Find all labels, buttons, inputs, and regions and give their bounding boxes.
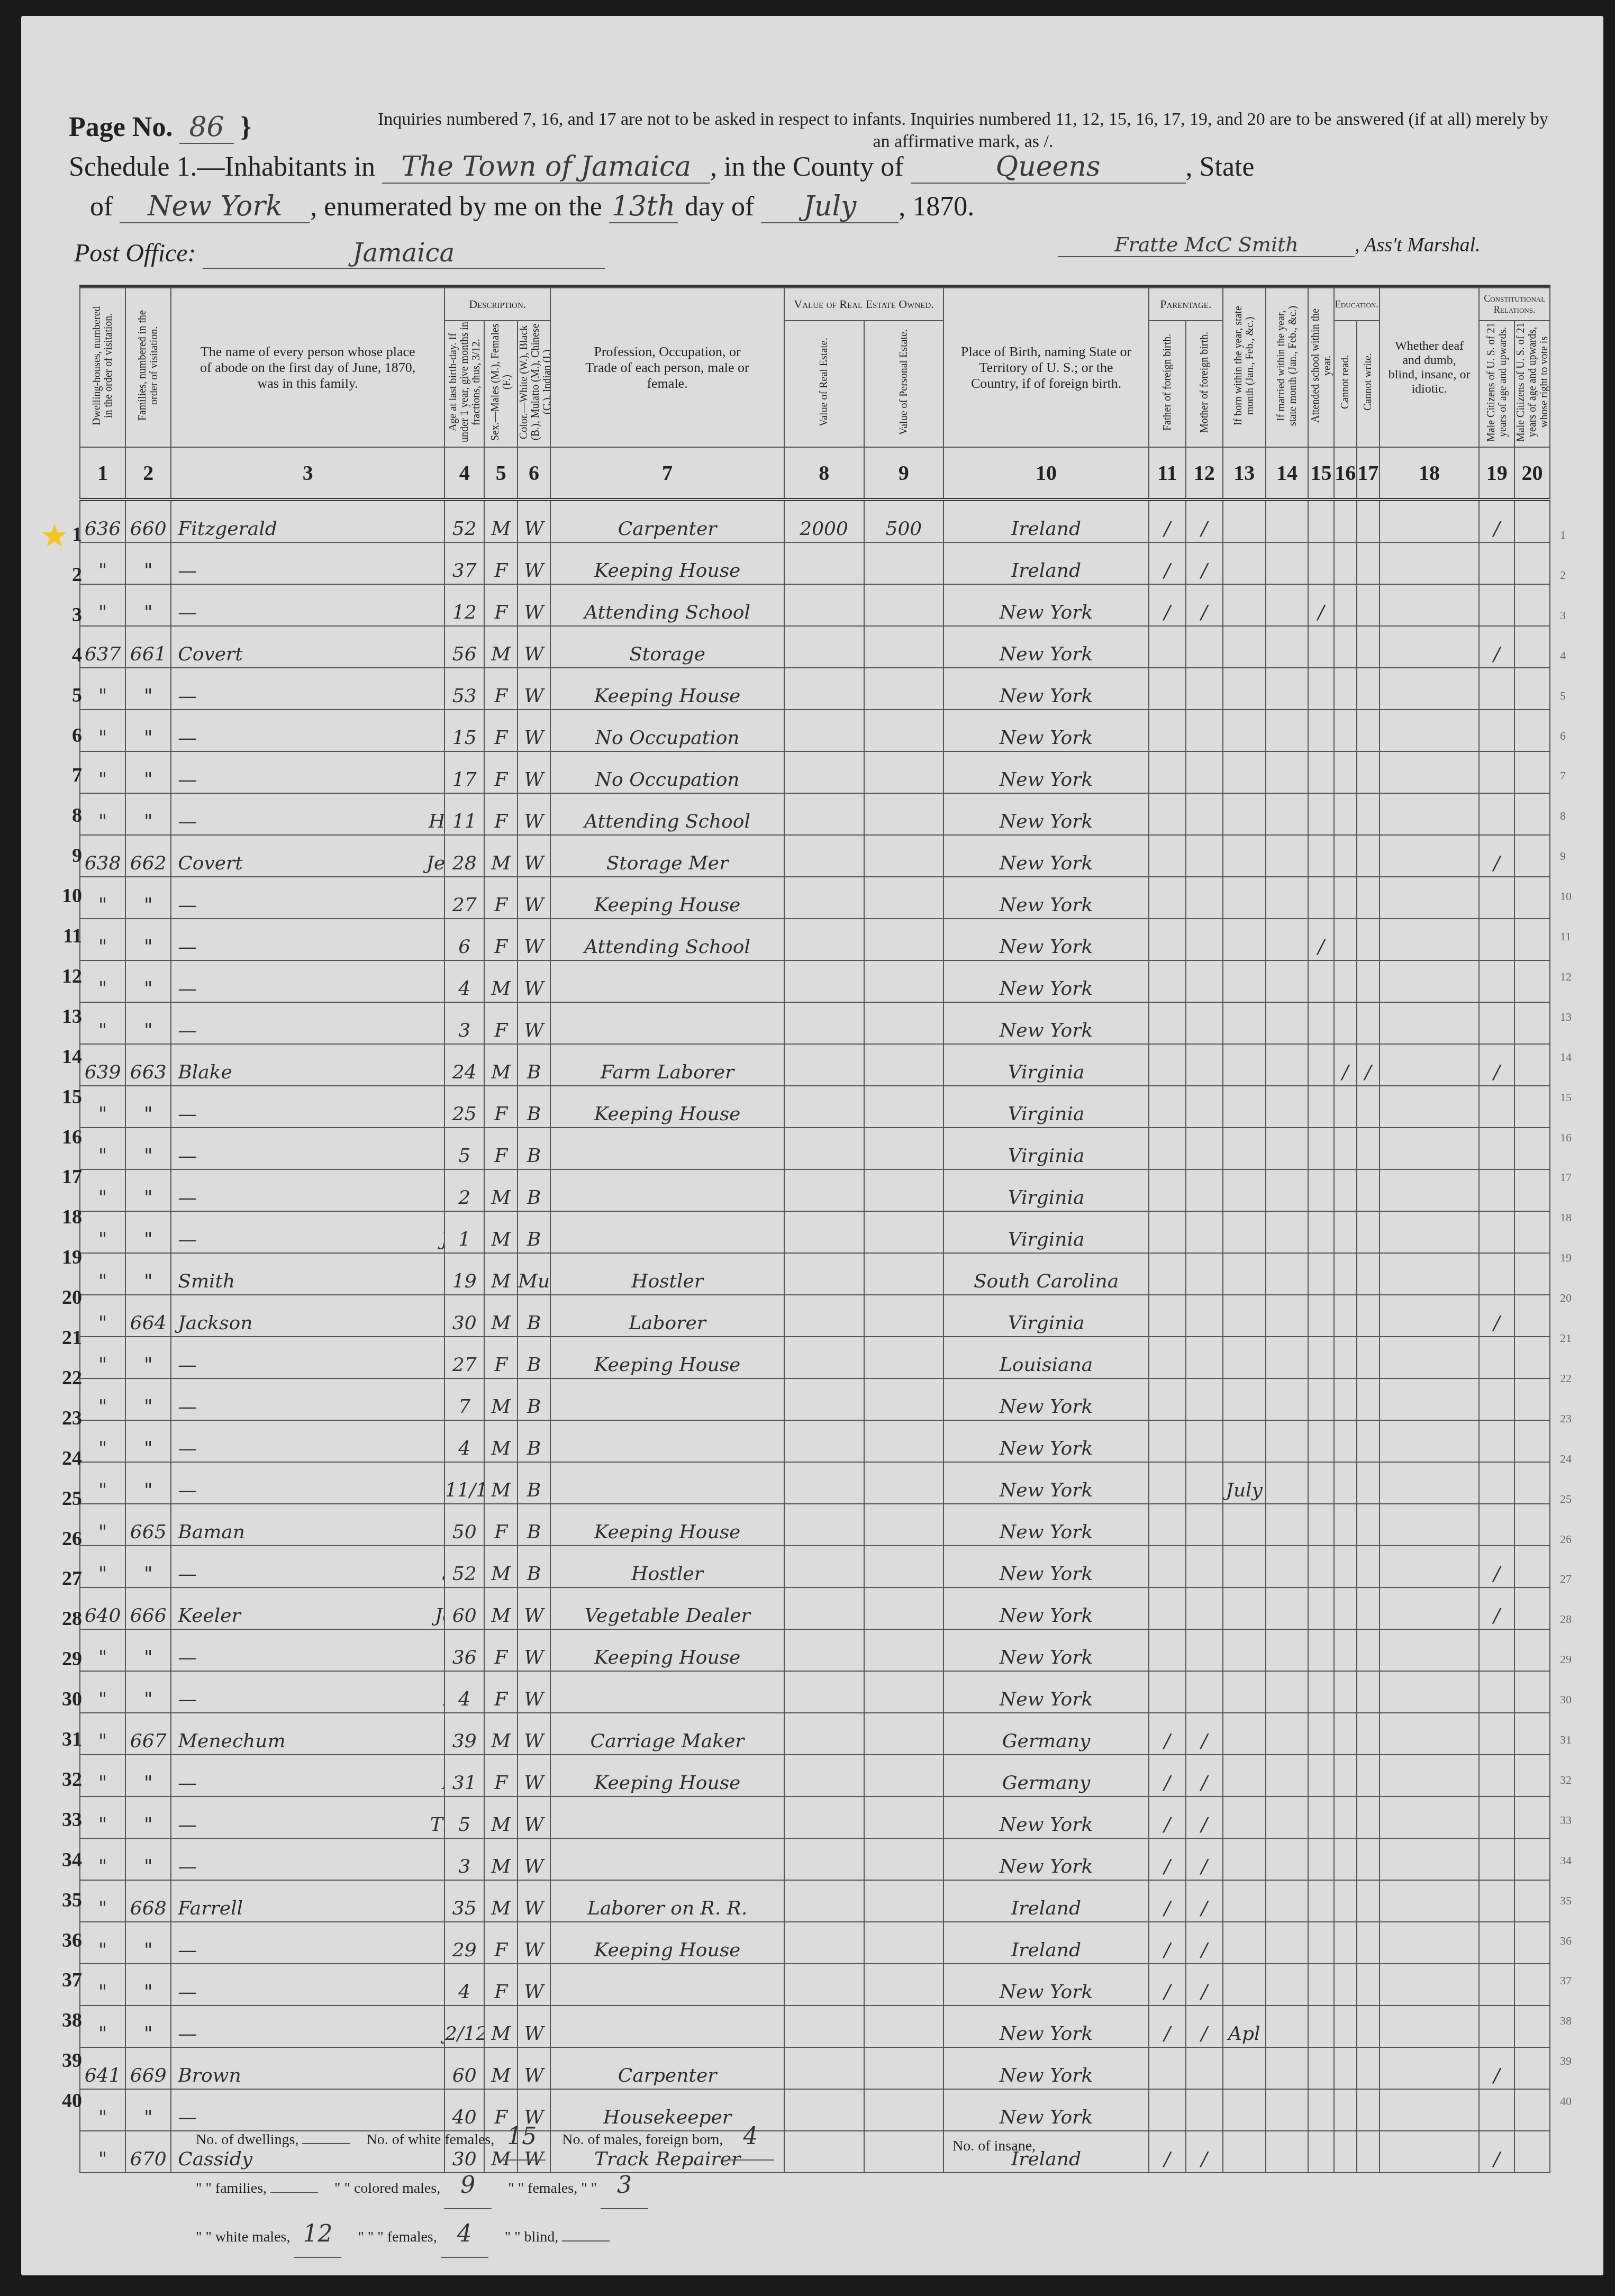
age: 28 (444, 835, 484, 877)
dwelling-number: " (80, 1546, 125, 1587)
born-month (1223, 1546, 1266, 1587)
cannot-write (1357, 1128, 1380, 1169)
header-real-estate-group: Value of Real Estate Owned. (784, 288, 943, 321)
deaf-blind (1380, 835, 1479, 877)
sex: M (484, 2047, 517, 2089)
family-number: " (125, 1629, 171, 1671)
row-number-left: 38 (50, 2009, 82, 2032)
real-estate-value (784, 960, 864, 1002)
mother-foreign (1186, 1629, 1223, 1671)
sex: M (484, 1295, 517, 1337)
person-name: —Bridget (171, 584, 444, 626)
occupation: Keeping House (550, 542, 784, 584)
personal-estate-value (864, 2131, 944, 2173)
person-name: BlakeSamuel (171, 1044, 444, 1086)
cannot-write (1357, 793, 1380, 835)
deaf-blind (1380, 2131, 1479, 2173)
surname: — (178, 1939, 310, 1961)
citizen (1479, 710, 1514, 751)
given-name: James (310, 1312, 444, 1334)
row-number-right: 35 (1560, 1894, 1572, 1908)
deaf-blind (1380, 1796, 1479, 1838)
deaf-blind (1380, 1671, 1479, 1713)
married-month (1266, 960, 1309, 1002)
cannot-write (1357, 2047, 1380, 2089)
occupation: Farm Laborer (550, 1044, 784, 1086)
real-estate-value (784, 1880, 864, 1922)
sex: M (484, 1211, 517, 1253)
dwelling-number: " (80, 1378, 125, 1420)
born-month (1223, 1295, 1266, 1337)
row-number-left: 22 (50, 1366, 82, 1390)
county-label: , in the County of (710, 152, 903, 182)
mother-foreign (1186, 626, 1223, 668)
deaf-blind (1380, 1504, 1479, 1546)
citizen (1479, 1504, 1514, 1546)
table-row: "665BamanLevina50FBKeeping HouseNew York (80, 1504, 1550, 1546)
state-label: , State (1186, 152, 1255, 182)
personal-estate-value (864, 1044, 944, 1086)
cannot-read (1334, 1880, 1357, 1922)
surname: — (178, 1647, 310, 1668)
cannot-read (1334, 626, 1357, 668)
married-month (1266, 1671, 1309, 1713)
cannot-write (1357, 542, 1380, 584)
vote-denied (1514, 1378, 1550, 1420)
real-estate-value (784, 1838, 864, 1880)
color: B (518, 1337, 550, 1378)
birthplace: New York (943, 2005, 1149, 2047)
personal-estate-value (864, 1755, 944, 1796)
real-estate-value (784, 751, 864, 793)
row-number-left: 30 (50, 1687, 82, 1711)
family-number: " (125, 1755, 171, 1796)
row-number-left: 28 (50, 1607, 82, 1630)
given-name: John (310, 1438, 444, 1459)
real-estate-value (784, 1671, 864, 1713)
person-name: MenechumWilliam (171, 1713, 444, 1755)
personal-estate-value (864, 1169, 944, 1211)
person-name: —Henrietta (171, 793, 444, 835)
table-row: ""—William7MBNew York (80, 1378, 1550, 1420)
cannot-write (1357, 1295, 1380, 1337)
color: Mu (518, 1253, 550, 1295)
dwelling-number: " (80, 1462, 125, 1504)
row-number-right: 18 (1560, 1211, 1572, 1224)
real-estate-value (784, 1713, 864, 1755)
father-foreign: / (1149, 1880, 1186, 1922)
birthplace: New York (943, 1546, 1149, 1587)
age: 4 (444, 1420, 484, 1462)
sex: F (484, 1086, 517, 1128)
deaf-blind (1380, 584, 1479, 626)
row-number-left: 34 (50, 1848, 82, 1872)
surname: Keeler (178, 1605, 310, 1627)
family-number: " (125, 1922, 171, 1964)
deaf-blind (1380, 751, 1479, 793)
age: 39 (444, 1713, 484, 1755)
born-month (1223, 584, 1266, 626)
row-number-right: 37 (1560, 1974, 1572, 1988)
row-number-left: 14 (50, 1045, 82, 1068)
surname: Blake (178, 1061, 310, 1083)
person-name: —Ellen (171, 1922, 444, 1964)
surname: — (178, 1145, 310, 1167)
header-occupation: Profession, Occupation, or Trade of each… (550, 288, 784, 447)
family-number: " (125, 751, 171, 793)
real-estate-value (784, 1796, 864, 1838)
born-month (1223, 1420, 1266, 1462)
person-name: —Ida (171, 1086, 444, 1128)
citizen (1479, 877, 1514, 919)
deaf-blind (1380, 1002, 1479, 1044)
dwelling-number: " (80, 1755, 125, 1796)
color: B (518, 1546, 550, 1587)
column-number: 7 (550, 447, 784, 500)
mother-foreign (1186, 1128, 1223, 1169)
dwelling-number: " (80, 960, 125, 1002)
citizen (1479, 1211, 1514, 1253)
color: W (518, 877, 550, 919)
attended-school (1308, 751, 1333, 793)
attended-school (1308, 1462, 1333, 1504)
vote-denied (1514, 1880, 1550, 1922)
cannot-read (1334, 793, 1357, 835)
color: B (518, 1504, 550, 1546)
deaf-blind (1380, 626, 1479, 668)
column-number: 14 (1266, 447, 1309, 500)
born-month (1223, 2047, 1266, 2089)
dwelling-number: " (80, 1713, 125, 1755)
father-foreign: / (1149, 1964, 1186, 2005)
sex: F (484, 751, 517, 793)
dwelling-number: " (80, 1629, 125, 1671)
personal-estate-value (864, 793, 944, 835)
cannot-write (1357, 1337, 1380, 1378)
married-month (1266, 1713, 1309, 1755)
attended-school (1308, 1253, 1333, 1295)
cannot-read (1334, 1462, 1357, 1504)
born-month (1223, 1504, 1266, 1546)
person-name: —Ida (171, 1128, 444, 1169)
birthplace: New York (943, 1504, 1149, 1546)
occupation: Storage Mer (550, 835, 784, 877)
father-foreign (1149, 1169, 1186, 1211)
real-estate-value (784, 1462, 864, 1504)
colored-males-count: 9 (444, 2163, 492, 2209)
given-name: James E (310, 2023, 444, 2045)
age: 17 (444, 751, 484, 793)
dwelling-number: " (80, 1002, 125, 1044)
vote-denied (1514, 835, 1550, 877)
married-month (1266, 1253, 1309, 1295)
attended-school (1308, 626, 1333, 668)
real-estate-value (784, 542, 864, 584)
deaf-blind (1380, 1462, 1479, 1504)
married-month (1266, 1337, 1309, 1378)
post-office-label: Post Office: (74, 239, 196, 267)
mother-foreign: / (1186, 1838, 1223, 1880)
born-month (1223, 500, 1266, 542)
table-row: ""—Theresa27FWKeeping HouseNew York (80, 877, 1550, 919)
father-foreign (1149, 2089, 1186, 2131)
row-number-left: 12 (50, 965, 82, 988)
attended-school (1308, 1420, 1333, 1462)
born-month (1223, 1044, 1266, 1086)
header-father-foreign: Father of foreign birth. (1149, 321, 1186, 447)
cannot-read (1334, 2005, 1357, 2047)
deaf-blind (1380, 877, 1479, 919)
sex: M (484, 960, 517, 1002)
cannot-write (1357, 710, 1380, 751)
real-estate-value (784, 1922, 864, 1964)
mother-foreign (1186, 1253, 1223, 1295)
person-name: FitzgeraldWilliam (171, 500, 444, 542)
cannot-read (1334, 1378, 1357, 1420)
birthplace: New York (943, 877, 1149, 919)
personal-estate-value (864, 835, 944, 877)
birthplace: New York (943, 584, 1149, 626)
age: 12 (444, 584, 484, 626)
cannot-read (1334, 960, 1357, 1002)
marshal-label: , Ass't Marshal. (1355, 234, 1481, 256)
personal-estate-value (864, 1002, 944, 1044)
row-number-right: 1 (1560, 528, 1566, 542)
color: B (518, 1295, 550, 1337)
age: 11/12 (444, 1462, 484, 1504)
deaf-blind (1380, 542, 1479, 584)
age: 36 (444, 1629, 484, 1671)
row-number-right: 15 (1560, 1091, 1572, 1104)
age: 7 (444, 1378, 484, 1420)
table-row: ""—Joseph17FWNo OccupationNew York (80, 751, 1550, 793)
cannot-write (1357, 1211, 1380, 1253)
row-number-left: 6 (50, 724, 82, 747)
cannot-write (1357, 835, 1380, 877)
table-row: ""—Ida25FBKeeping HouseVirginia (80, 1086, 1550, 1128)
occupation (550, 960, 784, 1002)
color: W (518, 500, 550, 542)
cannot-read: / (1334, 1044, 1357, 1086)
cannot-write (1357, 2131, 1380, 2173)
vote-denied (1514, 1755, 1550, 1796)
dwelling-number: " (80, 1211, 125, 1253)
header-personal-estate: Value of Personal Estate. (864, 321, 944, 447)
born-month (1223, 1713, 1266, 1755)
citizen (1479, 1086, 1514, 1128)
vote-denied (1514, 2005, 1550, 2047)
sex: M (484, 1169, 517, 1211)
vote-denied (1514, 626, 1550, 668)
occupation: Laborer on R. R. (550, 1880, 784, 1922)
born-month: July (1223, 1462, 1266, 1504)
family-number: " (125, 1169, 171, 1211)
cannot-read (1334, 1629, 1357, 1671)
mother-foreign: / (1186, 1713, 1223, 1755)
age: 60 (444, 2047, 484, 2089)
header-color: Color.—White (W.), Black (B.), Mulatto (… (518, 321, 550, 447)
age: 56 (444, 626, 484, 668)
father-foreign (1149, 1044, 1186, 1086)
father-foreign (1149, 626, 1186, 668)
person-name: —Ella (171, 1964, 444, 2005)
citizen (1479, 1378, 1514, 1420)
mother-foreign (1186, 1337, 1223, 1378)
person-name: —William (171, 1838, 444, 1880)
header-family: Families, numbered in the order of visit… (125, 288, 171, 447)
color: W (518, 1838, 550, 1880)
age: 3 (444, 1838, 484, 1880)
cannot-write (1357, 1546, 1380, 1587)
census-table: Dwelling-houses, numbered in the order o… (79, 285, 1550, 2173)
color: W (518, 1880, 550, 1922)
surname: — (178, 1438, 310, 1459)
personal-estate-value (864, 1671, 944, 1713)
row-number-right: 22 (1560, 1372, 1572, 1385)
schedule-label: Schedule 1.—Inhabitants in (69, 152, 375, 182)
married-month (1266, 1964, 1309, 2005)
cannot-write (1357, 2089, 1380, 2131)
married-month (1266, 1922, 1309, 1964)
row-number-left: 26 (50, 1527, 82, 1550)
family-number: " (125, 1002, 171, 1044)
father-foreign (1149, 710, 1186, 751)
real-estate-value (784, 1128, 864, 1169)
header-real-estate: Value of Real Estate. (784, 321, 864, 447)
citizen (1479, 1713, 1514, 1755)
born-month (1223, 960, 1266, 1002)
age: 50 (444, 1504, 484, 1546)
dwelling-number: " (80, 1420, 125, 1462)
personal-estate-value (864, 1838, 944, 1880)
age: 4 (444, 960, 484, 1002)
row-number-right: 39 (1560, 2054, 1572, 2068)
occupation: No Occupation (550, 751, 784, 793)
given-name: Joseph (310, 769, 444, 791)
born-month (1223, 1378, 1266, 1420)
column-number: 16 (1334, 447, 1357, 500)
table-row: ""—James H1MBVirginia (80, 1211, 1550, 1253)
vote-denied (1514, 1629, 1550, 1671)
deaf-blind (1380, 1922, 1479, 1964)
dwelling-number: 641 (80, 2047, 125, 2089)
cannot-read (1334, 1169, 1357, 1211)
real-estate-value (784, 919, 864, 960)
deaf-blind (1380, 1295, 1479, 1337)
given-name: Stephen (310, 1563, 444, 1585)
sex: F (484, 1922, 517, 1964)
married-month (1266, 500, 1309, 542)
column-numbers-row: 1234567891011121314151617181920 (80, 447, 1550, 500)
surname: — (178, 727, 310, 749)
age: 19 (444, 1253, 484, 1295)
mother-foreign (1186, 1546, 1223, 1587)
row-number-right: 11 (1560, 930, 1571, 943)
marshal-line: Fratte McC Smith, Ass't Marshal. (1058, 233, 1481, 257)
mother-foreign (1186, 710, 1223, 751)
deaf-blind (1380, 1629, 1479, 1671)
surname: — (178, 1103, 310, 1125)
family-number: 668 (125, 1880, 171, 1922)
family-number: " (125, 1838, 171, 1880)
given-name: Levina (310, 1521, 444, 1543)
attended-school (1308, 1086, 1333, 1128)
attended-school (1308, 1880, 1333, 1922)
real-estate-value (784, 1253, 864, 1295)
born-month (1223, 710, 1266, 751)
married-month (1266, 1546, 1309, 1587)
given-name: Theresa (310, 894, 444, 916)
deaf-blind (1380, 1044, 1479, 1086)
married-month (1266, 1169, 1309, 1211)
row-number-right: 32 (1560, 1773, 1572, 1787)
age: 5 (444, 1128, 484, 1169)
cannot-read (1334, 542, 1357, 584)
married-month (1266, 1462, 1309, 1504)
dwelling-number: " (80, 1838, 125, 1880)
row-number-left: 13 (50, 1005, 82, 1028)
vote-denied (1514, 1671, 1550, 1713)
given-name: Bridget (310, 602, 444, 623)
mother-foreign (1186, 751, 1223, 793)
page-number: 86 (179, 111, 233, 144)
totals-line-3: " " white males, 12 " " " females, 4 " "… (196, 2211, 787, 2260)
column-number: 1 (80, 447, 125, 500)
given-name: William (310, 1730, 444, 1752)
citizen (1479, 1462, 1514, 1504)
personal-estate-value (864, 1378, 944, 1420)
father-foreign (1149, 877, 1186, 919)
born-month (1223, 1253, 1266, 1295)
deaf-blind (1380, 1211, 1479, 1253)
attended-school (1308, 793, 1333, 835)
header-born-month: If born within the year, state month (Ja… (1223, 288, 1266, 447)
person-name: —Evelen (171, 960, 444, 1002)
vote-denied (1514, 877, 1550, 919)
sex: F (484, 668, 517, 710)
row-number-right: 14 (1560, 1050, 1572, 1064)
real-estate-value (784, 1002, 864, 1044)
mother-foreign (1186, 1462, 1223, 1504)
cannot-read (1334, 1755, 1357, 1796)
cannot-write (1357, 2005, 1380, 2047)
sex: M (484, 500, 517, 542)
cannot-write (1357, 626, 1380, 668)
personal-estate-value (864, 960, 944, 1002)
row-number-left: 2 (50, 563, 82, 586)
vote-denied (1514, 2089, 1550, 2131)
cannot-write (1357, 1587, 1380, 1629)
personal-estate-value (864, 751, 944, 793)
color: W (518, 919, 550, 960)
page-label: Page No. (69, 112, 173, 142)
cannot-read (1334, 919, 1357, 960)
mother-foreign (1186, 793, 1223, 835)
column-number: 6 (518, 447, 550, 500)
schedule-line: Schedule 1.—Inhabitants in The Town of J… (69, 151, 1255, 184)
row-number-left: 5 (50, 684, 82, 707)
header-name: The name of every person whose place of … (171, 288, 444, 447)
age: 3 (444, 1002, 484, 1044)
birthplace: Ireland (943, 1922, 1149, 1964)
married-month (1266, 1755, 1309, 1796)
married-month (1266, 1086, 1309, 1128)
birthplace: Germany (943, 1713, 1149, 1755)
sex: M (484, 626, 517, 668)
mother-foreign: / (1186, 584, 1223, 626)
vote-denied (1514, 710, 1550, 751)
color: W (518, 2047, 550, 2089)
